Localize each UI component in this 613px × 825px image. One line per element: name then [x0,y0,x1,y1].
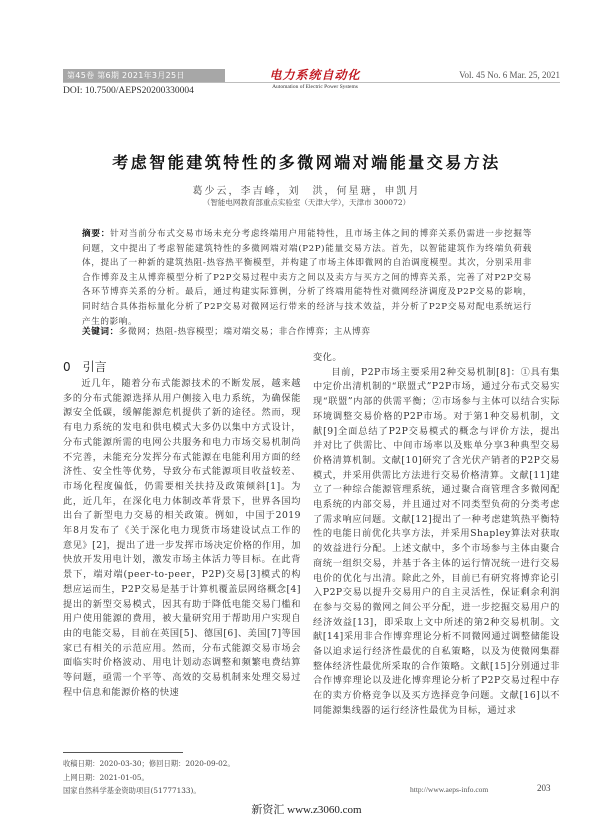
journal-name-cn: 电力系统自动化 [255,66,375,83]
footnotes: 收稿日期：2020-03-30；修回日期：2020-09-02。 上网日期：20… [63,757,303,798]
issue-banner: 第45卷 第6期 2021年3月25日 [63,69,225,82]
section-number: 0 [63,360,71,374]
body-column-right: 变化。 目前，P2P市场主要采用2种交易机制[8]：①具有集中定价出清机制的“联… [313,351,560,719]
journal-logo: 电力系统自动化 Automation of Electric Power Sys… [255,66,375,90]
page-number: 203 [537,783,551,793]
section-heading: 0引言 [63,358,107,375]
keywords-label: 关键词： [82,327,119,337]
watermark: 新资汇 www.z3060.com [0,801,613,817]
doi-link[interactable]: DOI: 10.7500/AEPS20200330004 [63,86,194,96]
section-title: 引言 [83,360,107,374]
abstract-label: 摘要： [82,229,110,239]
intro-paragraph-2: 目前，P2P市场主要采用2种交易机制[8]：①具有集中定价出清机制的“联盟式”P… [313,366,560,719]
paper-title: 考虑智能建筑特性的多微网端对端能量交易方法 [0,150,613,173]
affiliation: （智能电网教育部重点实验室（天津大学），天津市 300072） [0,197,613,208]
funding-note: 国家自然科学基金资助项目(51777133)。 [63,784,303,798]
received-date: 收稿日期：2020-03-30；修回日期：2020-09-02。 [63,757,303,771]
intro-paragraph-1: 近几年，随着分布式能源技术的不断发展，越来越多的分布式能源选择从用户侧接入电力系… [63,377,301,700]
journal-url-link[interactable]: http://www.aeps-info.com [410,785,488,794]
keywords: 关键词：多微网；热阻-热容模型；端对端交易；非合作博弈；主从博弈 [82,325,532,337]
abstract: 摘要：针对当前分布式交易市场未充分考虑终端用户用能特性，且市场主体之间的博弈关系… [82,227,532,329]
footnote-divider [63,752,183,753]
journal-name-en: Automation of Electric Power Systems [255,84,375,90]
abstract-text: 针对当前分布式交易市场未充分考虑终端用户用能特性，且市场主体之间的博弈关系仍需进… [82,229,532,327]
continuation-text: 变化。 [313,351,560,366]
body-column-left: 近几年，随着分布式能源技术的不断发展，越来越多的分布式能源选择从用户侧接入电力系… [63,377,301,700]
volume-info: Vol. 45 No. 6 Mar. 25, 2021 [459,70,560,80]
online-date: 上网日期：2021-01-05。 [63,771,303,785]
author-list: 葛少云，李吉峰，刘 洪，何星瑭，申凯月 [0,182,613,197]
keywords-text: 多微网；热阻-热容模型；端对端交易；非合作博弈；主从博弈 [119,327,371,337]
